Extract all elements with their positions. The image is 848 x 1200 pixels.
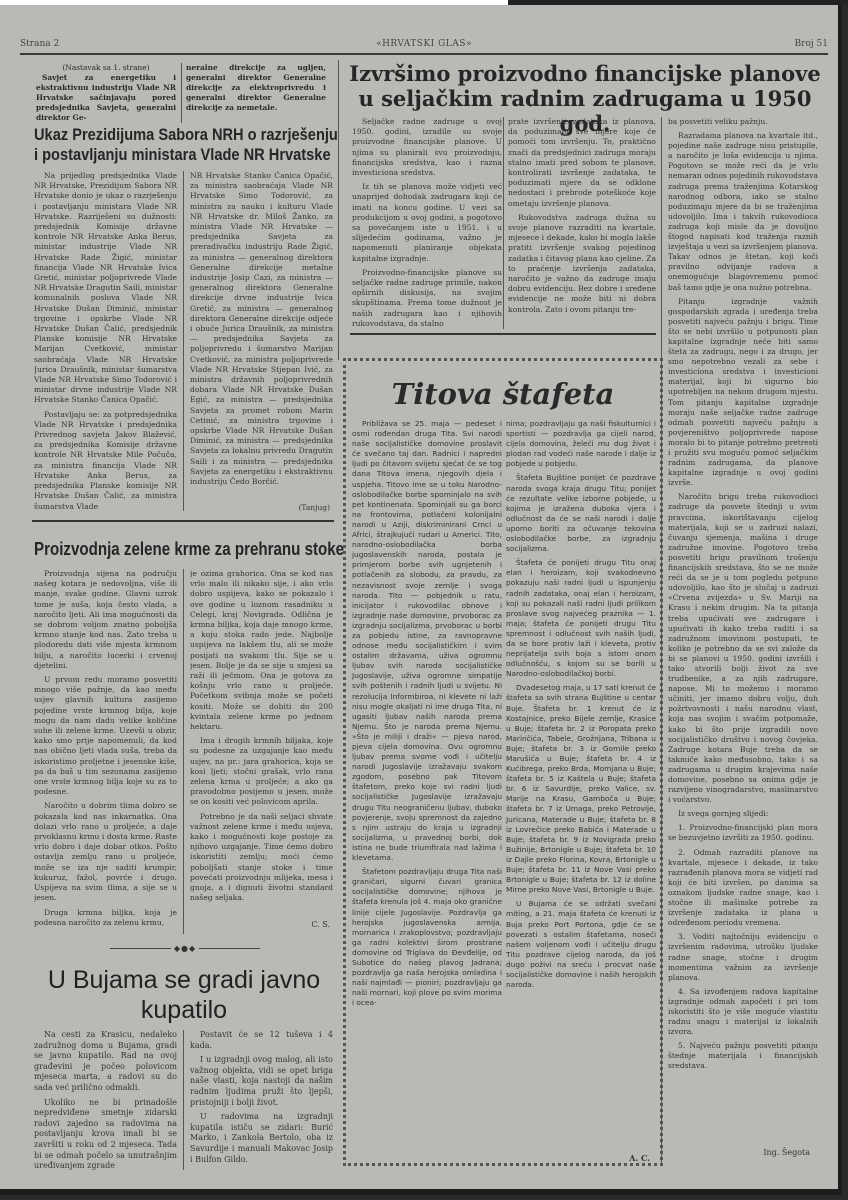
column-rule bbox=[183, 569, 184, 934]
stafeta-col2: nima; pozdravljaju ga naši fiskulturnici… bbox=[506, 419, 656, 1161]
krme-paragraph: U prvom redu moramo posvetiti mnogo više… bbox=[34, 675, 177, 797]
krme-signature: C. S. bbox=[260, 920, 330, 929]
krme-headline-wrap: Proizvodnja zelene krme za prehranu stok… bbox=[34, 538, 334, 560]
stafeta-paragraph: Štafetom pozdravljaju druga Tita naši gr… bbox=[352, 867, 502, 1008]
continued-article-col2: neralne direkcije za ugljen, generalni d… bbox=[186, 63, 326, 117]
kupatilo-paragraph: Postavit će se 12 tuševa i 4 kada. bbox=[190, 1030, 333, 1051]
planovi-headline-line1: Izvršimo proizvodno financijske planove bbox=[345, 61, 825, 86]
stafeta-paragraph: nima; pozdravljaju ga naši fiskulturnici… bbox=[506, 419, 656, 469]
continued-note: (Nastavak sa 1. strane) bbox=[36, 63, 176, 73]
planovi-paragraph: Razradama planova na kvartale itd., poje… bbox=[668, 131, 818, 293]
planovi-paragraph: Naročitu brigu treba rukovodioci zadruge… bbox=[668, 492, 818, 805]
stafeta-paragraph: Približava se 25. maja — pedeset i osmi … bbox=[352, 419, 502, 863]
planovi-list-item: 1. Proizvodno-financijski plan mora se b… bbox=[668, 823, 818, 843]
planovi-list-item: 5. Najveću pažnju posvetiti pitanju šted… bbox=[668, 1041, 818, 1071]
stafeta-col1: Približava se 25. maja — pedeset i osmi … bbox=[352, 419, 502, 1161]
continued-text-1: Savjet za energetiku i ekstraktivnu indu… bbox=[36, 73, 176, 123]
issue-number: Broj 51 bbox=[795, 39, 828, 49]
krme-col1: Proizvodnja sijena na području našeg kot… bbox=[34, 569, 177, 934]
krme-col2: je ozima grahorica. Ona se kod nas vrlo … bbox=[190, 569, 333, 914]
ukaz-col1: Na prijedlog predsjednika Vlade NR Hrvat… bbox=[34, 171, 177, 511]
section-rule bbox=[32, 520, 334, 522]
kupatilo-paragraph: Ukoliko ne bi prinadošle nepredviđene sm… bbox=[34, 1098, 177, 1172]
newspaper-page: Strana 2 «HRVATSKI GLAS» Broj 51 (Nastav… bbox=[0, 5, 842, 1195]
ukaz-headline: Ukaz Prezidijuma Sabora NRH o razrješenj… bbox=[34, 125, 334, 165]
krme-paragraph: je ozima grahorica. Ona se kod nas vrlo … bbox=[190, 569, 333, 732]
krme-headline: Proizvodnja zelene krme za prehranu stok… bbox=[34, 538, 286, 560]
planovi-paragraph: Proizvodno-financijske planove su seljač… bbox=[352, 268, 502, 327]
column-rule bbox=[183, 1030, 184, 1170]
krme-paragraph: Ima i drugih krmnih biljaka, koje su pod… bbox=[190, 736, 333, 807]
section-rule-vertical bbox=[338, 60, 339, 360]
newspaper-name: «HRVATSKI GLAS» bbox=[20, 39, 828, 49]
ukaz-paragraph: Postavljaju se: za potpredsjednika Vlade… bbox=[34, 410, 177, 511]
masthead-rule bbox=[20, 53, 828, 55]
krme-paragraph: Proizvodnja sijena na području našeg kot… bbox=[34, 569, 177, 671]
planovi-paragraph: Iz svega gornjeg slijedi: bbox=[668, 809, 818, 819]
kupatilo-col1: Na cesti za Krasicu, nedaleko zadružnog … bbox=[34, 1030, 177, 1180]
continued-article-col1: (Nastavak sa 1. strane) Savjet za energe… bbox=[36, 63, 176, 127]
stafeta-signature: A. C. bbox=[590, 1153, 650, 1163]
planovi-paragraph: Seljačke radne zadruge u ovoj 1950. godi… bbox=[352, 117, 502, 178]
krme-paragraph: Naročito u dobrim tlima dobro se pokazal… bbox=[34, 801, 177, 903]
ukaz-source: (Tanjug) bbox=[250, 503, 330, 512]
ornamental-divider: ◆●◆ bbox=[110, 945, 260, 953]
planovi-list-item: 4. Sa izvođenjem radova kapitalne izgrad… bbox=[668, 987, 818, 1037]
planovi-paragraph: Iz tih se planova može vidjeti već unapr… bbox=[352, 182, 502, 264]
planovi-paragraph: ba posvetiti veliku pažnju. bbox=[668, 117, 818, 127]
stafeta-headline: Titova štafeta bbox=[343, 377, 663, 411]
kupatilo-paragraph: I u izgradnji ovog malog, ali isto važno… bbox=[190, 1055, 333, 1108]
kupatilo-paragraph: Na cesti za Krasicu, nedaleko zadružnog … bbox=[34, 1030, 177, 1094]
planovi-signature: Ing. Šegota bbox=[700, 1148, 810, 1157]
stafeta-paragraph: Štafeta će ponijeti drugu Titu onaj elan… bbox=[506, 558, 656, 679]
column-rule bbox=[181, 63, 182, 123]
kupatilo-headline-line2: kupatilo bbox=[34, 995, 334, 1025]
ukaz-headline-line2: i postavljanju ministara Vlade NR Hrvats… bbox=[34, 145, 292, 165]
ukaz-paragraph: Na prijedlog predsjednika Vlade NR Hrvat… bbox=[34, 171, 177, 406]
kupatilo-paragraph: U radovima na izgradnji kupatila ističu … bbox=[190, 1112, 333, 1165]
section-rule bbox=[350, 333, 656, 335]
planovi-list-item: 2. Odmah razraditi planove na kvartale, … bbox=[668, 848, 818, 929]
column-rule bbox=[183, 171, 184, 511]
planovi-col3: ba posvetiti veliku pažnju. Razradama pl… bbox=[668, 117, 818, 1167]
ukaz-col2: NR Hrvatske Stanko Ćanica Opačić, za min… bbox=[190, 171, 333, 501]
column-rule bbox=[503, 117, 504, 329]
stafeta-paragraph: Štafeta Bujštine ponijet će pozdrave nar… bbox=[506, 473, 656, 554]
ukaz-headline-line1: Ukaz Prezidijuma Sabora NRH o razrješenj… bbox=[34, 125, 292, 145]
kupatilo-headline: U Bujama se gradi javno kupatilo bbox=[34, 965, 334, 1025]
krme-paragraph: Potrebno je da naši seljaci shvate važno… bbox=[190, 812, 333, 904]
planovi-paragraph: Pitanju izgradnje važnih gospodarskih zg… bbox=[668, 297, 818, 489]
planovi-paragraph: prate izvršenje zadataka iz planova, da … bbox=[508, 117, 656, 209]
planovi-col2: prate izvršenje zadataka iz planova, da … bbox=[508, 117, 656, 327]
kupatilo-headline-line1: U Bujama se gradi javno bbox=[34, 965, 334, 995]
kupatilo-col2: Postavit će se 12 tuševa i 4 kada. I u i… bbox=[190, 1030, 333, 1170]
ukaz-paragraph: NR Hrvatske Stanko Ćanica Opačić, za min… bbox=[190, 171, 333, 487]
planovi-list-item: 3. Voditi najtočniju evidenciju o izvrše… bbox=[668, 932, 818, 982]
stafeta-paragraph: Dvadesetog maja, u 17 sati krenut će šta… bbox=[506, 683, 656, 895]
planovi-col1: Seljačke radne zadruge u ovoj 1950. godi… bbox=[352, 117, 502, 327]
stafeta-paragraph: U Bujama će se održati svečani miting, a… bbox=[506, 899, 656, 990]
krme-paragraph: Druga krmna biljka, koja je podesna naro… bbox=[34, 908, 177, 928]
planovi-paragraph: Rukovodstva zadruga dužna su svoje plano… bbox=[508, 213, 656, 315]
continued-text-2: neralne direkcije za ugljen, generalni d… bbox=[186, 63, 326, 113]
